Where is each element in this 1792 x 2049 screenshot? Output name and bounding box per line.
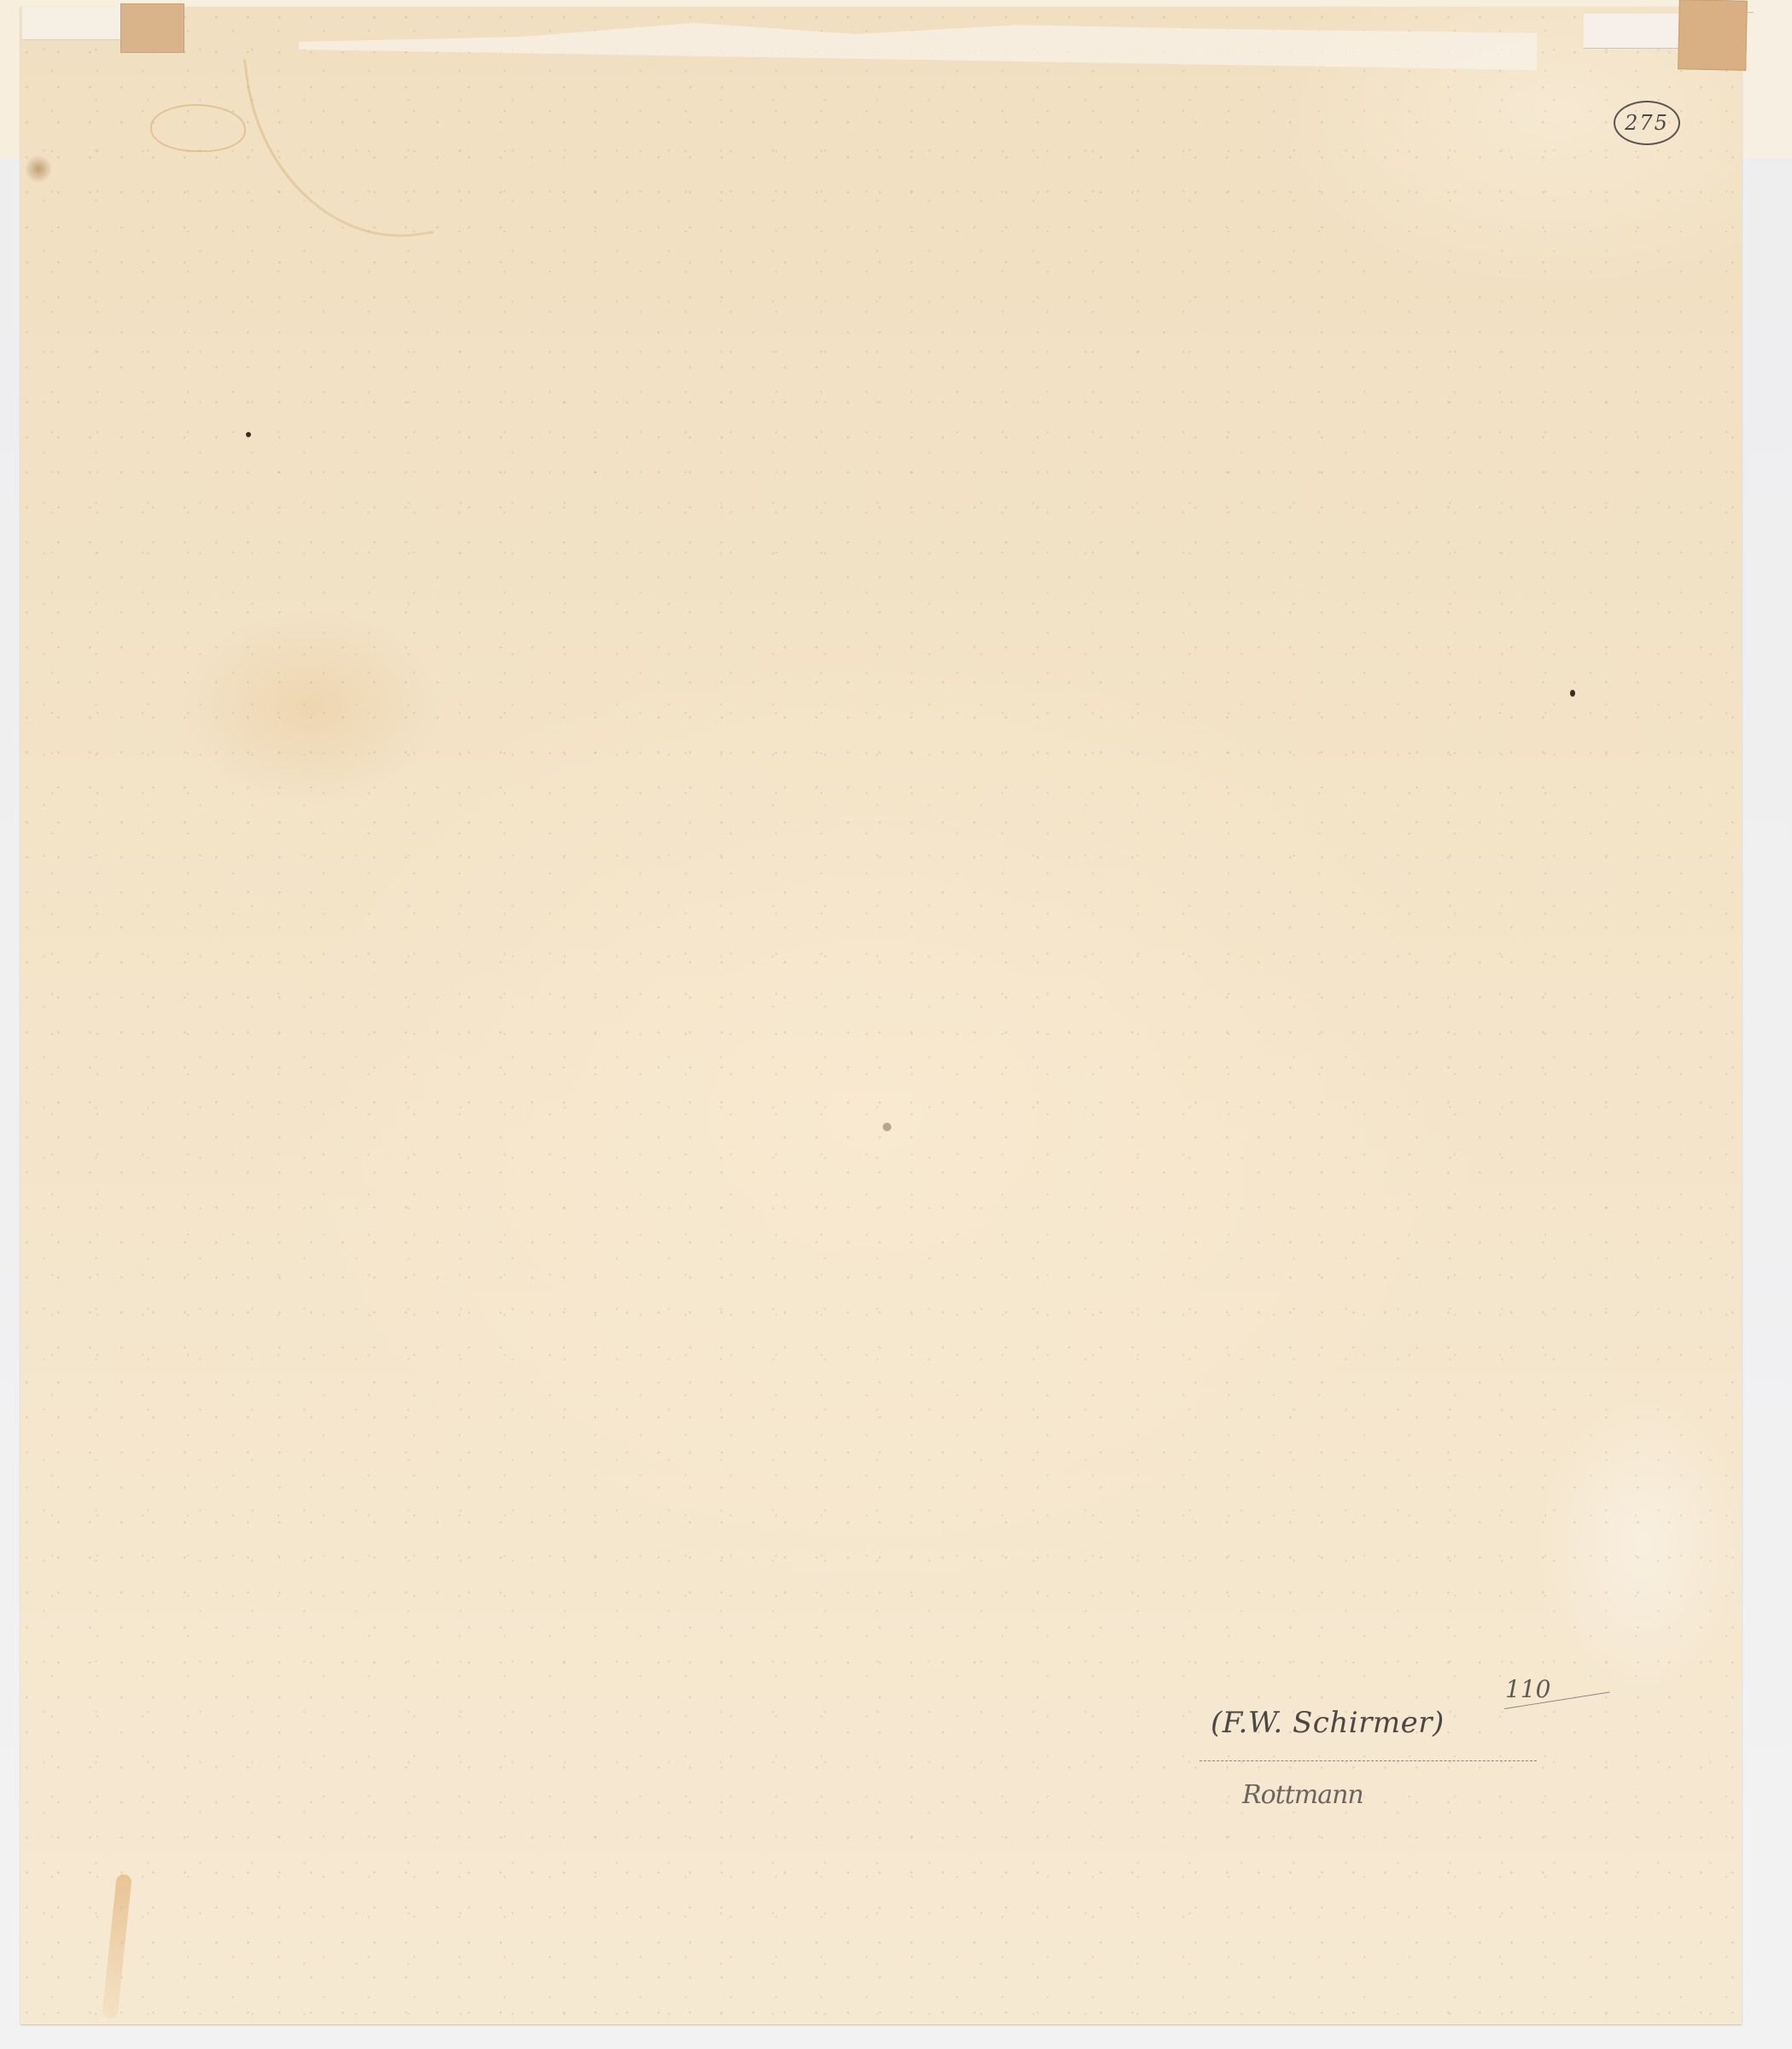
tape-hinge-right [1678, 0, 1748, 71]
tape-hinge-left [120, 3, 184, 53]
paper-hinge-left [22, 7, 120, 40]
ink-spot [1570, 690, 1575, 697]
ink-spot [246, 432, 251, 437]
attribution-inscription: (F.W. Schirmer) [1211, 1706, 1445, 1740]
edge-stain [26, 154, 51, 184]
foxing-stain [150, 104, 246, 152]
inventory-number: 275 [1614, 101, 1680, 145]
artist-note-inscription: Rottmann [1242, 1780, 1363, 1810]
attribution-underline [1200, 1760, 1537, 1761]
price-mark: 110 [1505, 1675, 1550, 1703]
backing-mount-strip-left [0, 0, 21, 158]
paper-sheet [20, 7, 1742, 2024]
paper-hinge-right [1584, 14, 1679, 49]
paper-spot [883, 1123, 891, 1131]
